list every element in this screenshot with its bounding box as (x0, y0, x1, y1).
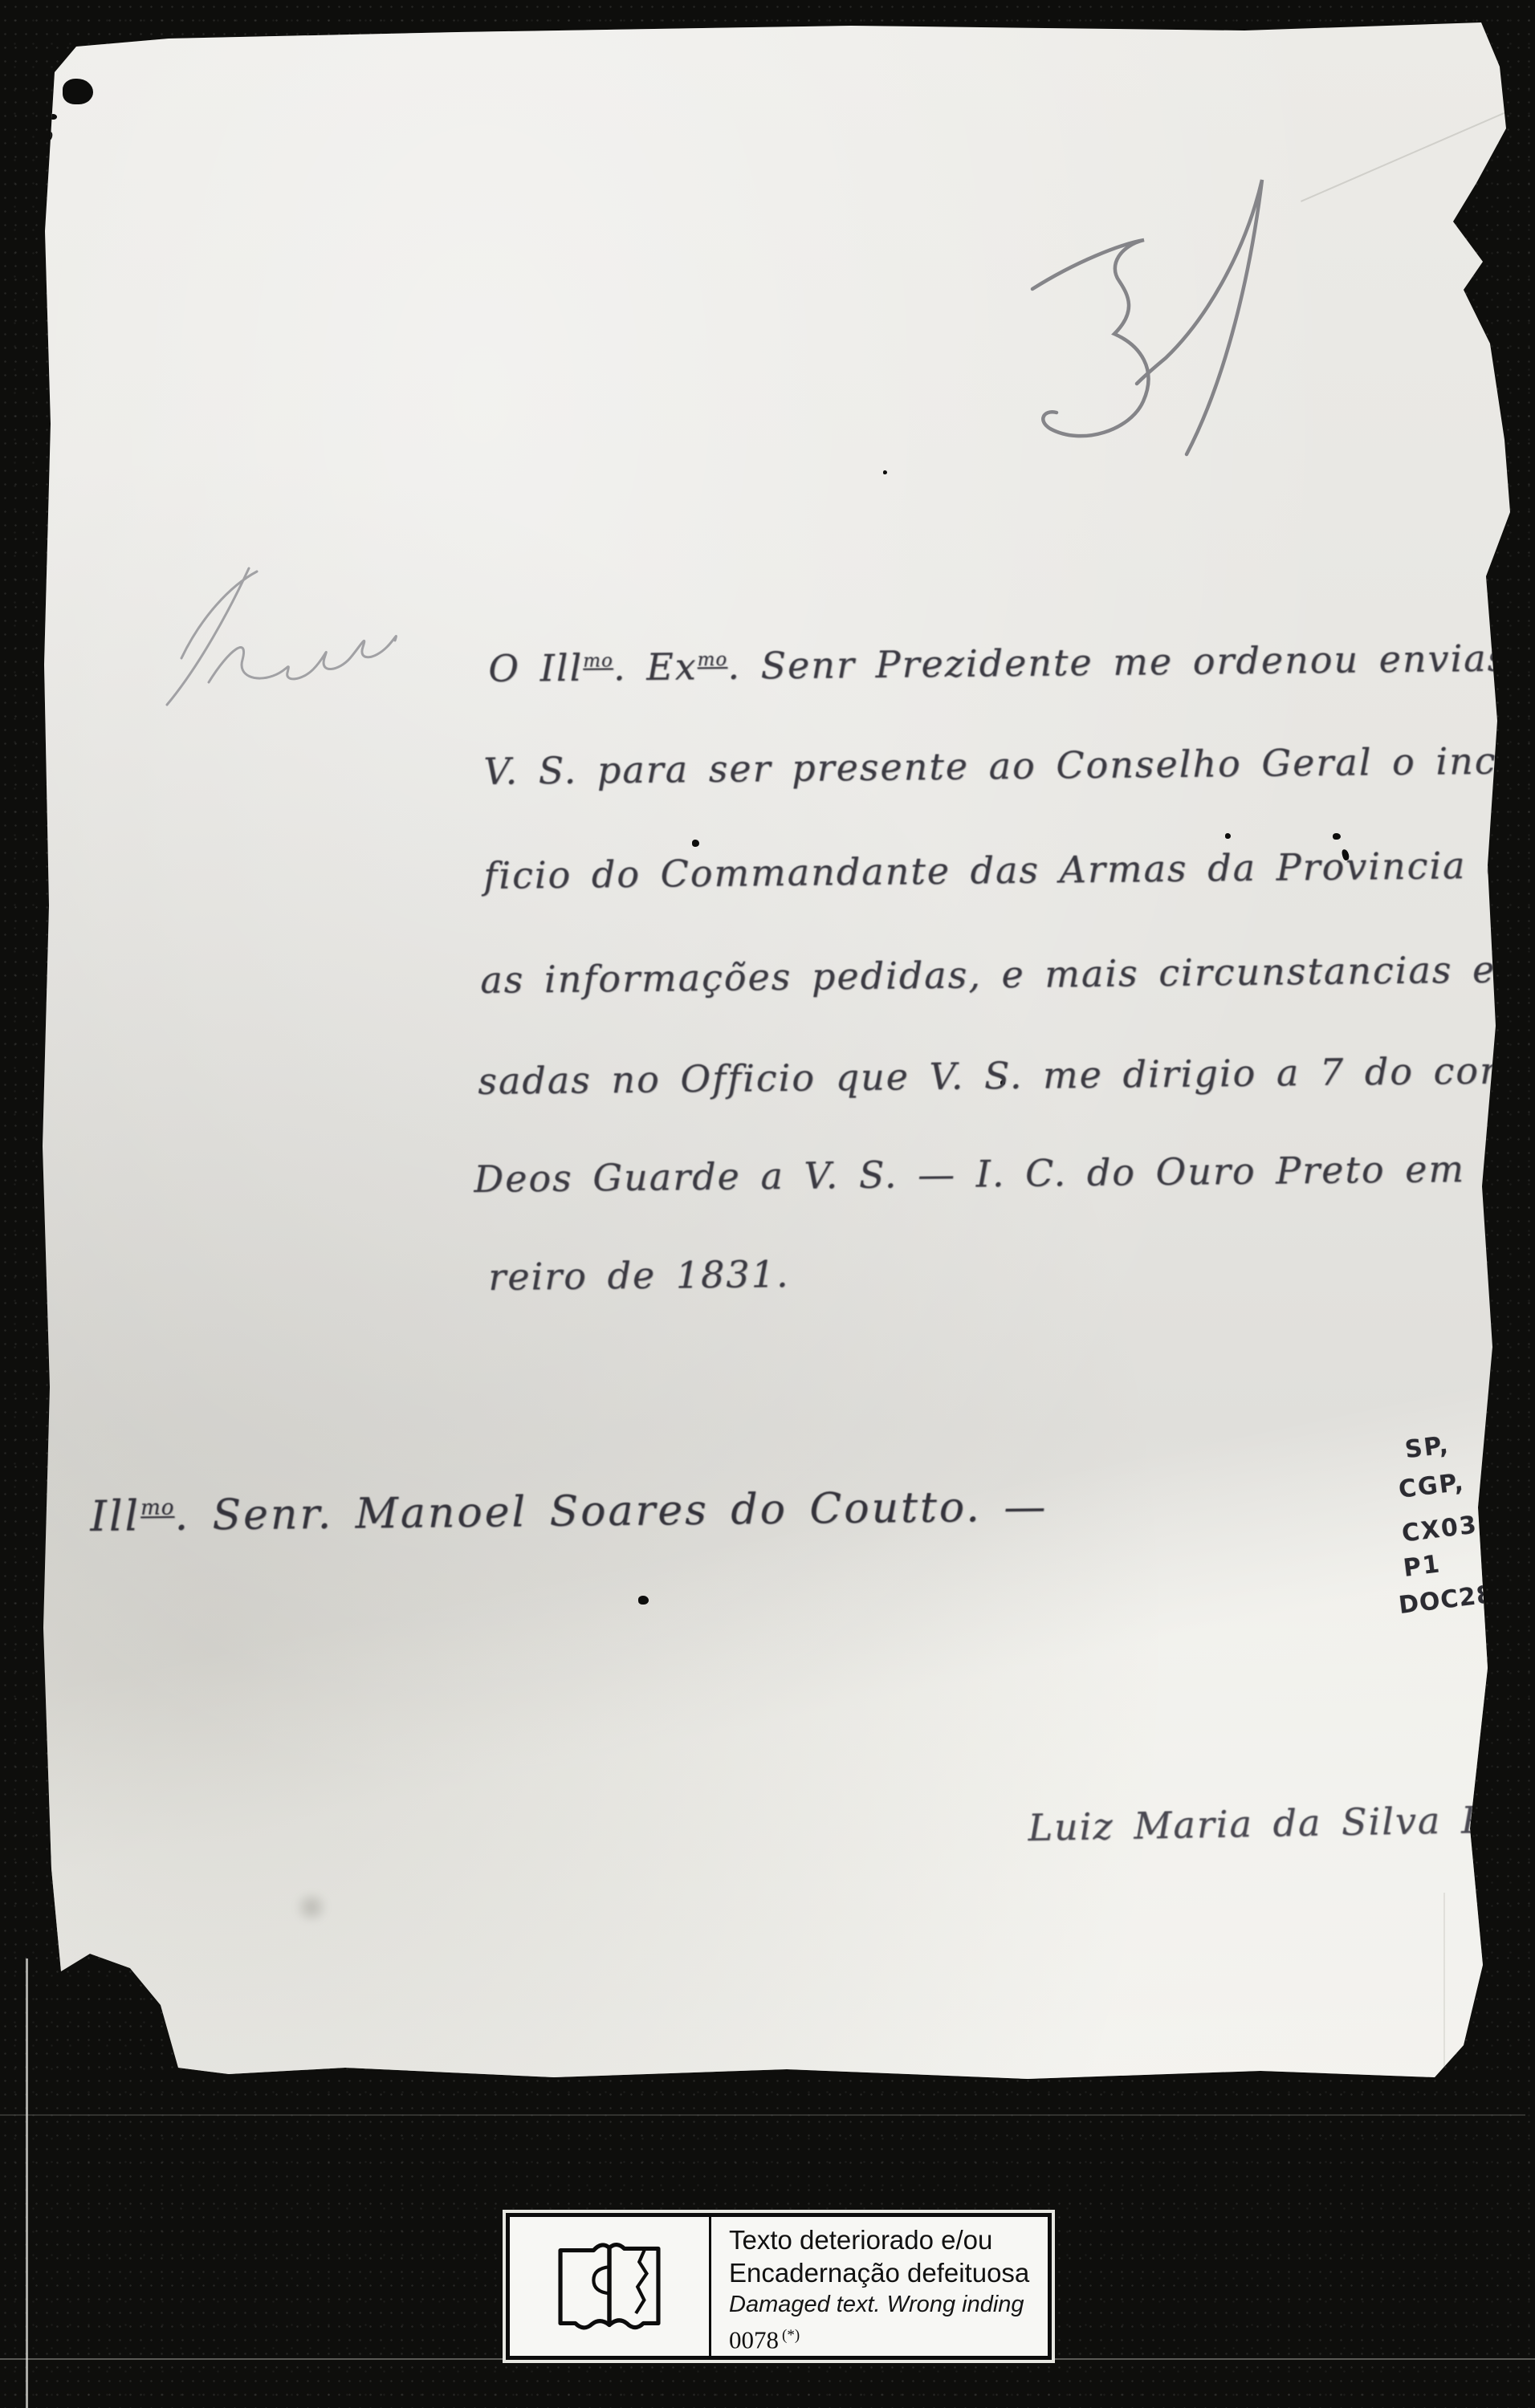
letter-line: as informações pedidas, e mais circunsta… (480, 946, 1535, 1002)
ink-stain (692, 840, 699, 847)
letter-superscript: mo (583, 650, 613, 671)
address-line: Illmo. Senr. Manoel Soares do Coutto. — (90, 1483, 1048, 1541)
letter-superscript: mo (140, 1495, 175, 1519)
letter-superscript: mo (697, 649, 727, 670)
paper-crease (1443, 1893, 1445, 2085)
pencil-scribble (153, 562, 490, 722)
ink-stain (1225, 833, 1231, 839)
ink-stain (50, 114, 57, 120)
ink-stain (63, 79, 93, 104)
damage-stamp-label: Texto deteriorado e/ou Encadernação defe… (506, 2213, 1052, 2360)
archival-line: CGP, (1397, 1468, 1466, 1504)
ink-stain (45, 131, 54, 142)
letter-text: . Senr. Manoel Soares do Coutto. — (174, 1483, 1048, 1540)
stamp-text-pt: Encadernação defeituosa (729, 2256, 1048, 2289)
open-book-icon (547, 2237, 672, 2337)
paper-smudge (293, 1893, 330, 1922)
letter-line: ficio do Commandante das Armas da Provin… (483, 843, 1535, 897)
stamp-icon-cell (510, 2217, 711, 2356)
letter-line: V. S. para ser presente ao Conselho Gera… (483, 738, 1535, 793)
letter-line: Deos Guarde a V. S. — I. C. do Ouro Pret… (474, 1145, 1535, 1201)
letter-text: . Senr Prezidente me ordenou enviasse a (727, 636, 1535, 688)
ink-stain (1333, 833, 1341, 840)
stamp-text-en: Damaged text. Wrong inding (729, 2289, 1048, 2320)
letter-text: Ill (90, 1492, 140, 1541)
scan-artifact-line (0, 2114, 1525, 2116)
letter-text: O Ill (488, 646, 583, 690)
ink-stain (883, 470, 887, 474)
ink-stain (638, 1596, 649, 1605)
scan-artifact-line (26, 1959, 28, 2408)
stamp-number-annotation: (*) (782, 2327, 800, 2344)
stamp-text-pt: Texto deteriorado e/ou (729, 2223, 1048, 2256)
stamp-number-value: 0078 (729, 2325, 779, 2353)
paper-crease (1301, 103, 1526, 201)
letter-line: reiro de 1831. (488, 1252, 790, 1299)
stamp-text-cell: Texto deteriorado e/ou Encadernação defe… (711, 2217, 1048, 2356)
signature: Luiz Maria da Silva Pinto — (1028, 1796, 1535, 1849)
stamp-number: 0078(*) (729, 2320, 1048, 2356)
archival-line: CX03 (1400, 1511, 1479, 1548)
scan-background: O Illmo. Exmo. Senr Prezidente me ordeno… (0, 0, 1535, 2408)
letter-line: sadas no Officio que V. S. me dirigio a … (478, 1047, 1535, 1103)
letter-text: . Ex (613, 645, 698, 689)
document-page: O Illmo. Exmo. Senr Prezidente me ordeno… (40, 22, 1511, 2089)
archival-line: DOC28 (1397, 1580, 1496, 1620)
archival-line: P1 (1402, 1550, 1443, 1582)
archival-line: SP, (1403, 1431, 1451, 1465)
letter-line: O Illmo. Exmo. Senr Prezidente me ordeno… (488, 636, 1535, 690)
page-number-pencil (979, 143, 1301, 480)
